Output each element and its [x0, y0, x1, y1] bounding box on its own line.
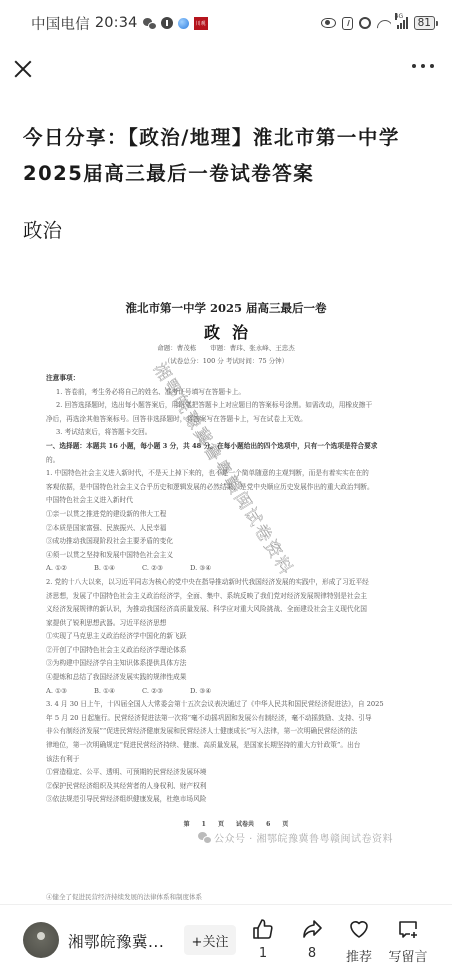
status-right: 4G 81: [321, 16, 438, 30]
share-icon: [300, 917, 324, 941]
alarm-icon: [359, 17, 371, 29]
avatar[interactable]: [23, 922, 59, 958]
choice-a: A. ①③: [46, 685, 94, 699]
choice-d: D. ③④: [190, 562, 238, 576]
nfc-icon: [342, 17, 353, 30]
close-icon[interactable]: [12, 58, 34, 80]
question-line: 3. 4 月 30 日上午，十四届全国人大常委会第十五次会议表决通过了《中华人民…: [46, 698, 410, 712]
notice-item: 净后，再选涂其他答案标号。回答非选择题时，将答案写在答题卡上，写在试卷上无效。: [46, 413, 410, 427]
eye-icon: [321, 18, 336, 28]
question-option: ②开创了中国特色社会主义政治经济学理论体系: [46, 644, 410, 658]
signal-icon: 4G: [397, 17, 408, 29]
choice-c: C. ②③: [142, 562, 190, 576]
share-button[interactable]: 8: [287, 917, 337, 961]
question-option: ②本质是国家富强、民族振兴、人民幸福: [46, 522, 410, 536]
status-left: 中国电信 20:34 川观: [31, 13, 208, 34]
notice-heading: 注意事项：: [46, 372, 410, 386]
question-line: 非公有制经济发展”“促进民营经济健康发展和民营经济人士健康成长”写入法律，第一次…: [46, 725, 410, 739]
section-label: 政治: [23, 215, 62, 243]
question-option: ③为构建中国经济学自主知识体系提供具体方法: [46, 657, 410, 671]
exam-meta: （试卷总分：100 分 考试时间：75 分钟）: [0, 356, 452, 365]
network-type: 4G: [395, 13, 397, 20]
question-option: ①实现了马克思主义政治经济学中国化的新飞跃: [46, 630, 410, 644]
comment-button[interactable]: 写留言: [383, 917, 433, 965]
like-count: 1: [259, 946, 267, 961]
choice-b: B. ①④: [94, 562, 142, 576]
comment-label: 写留言: [388, 946, 427, 965]
article-title: 今日分享：【政治/地理】淮北市第一中学2025届高三最后一卷试卷答案: [23, 120, 433, 192]
media-icon: [161, 17, 173, 29]
question-option: ②保护民营经济组织及其经营者的人身权利、财产权利: [46, 780, 410, 794]
image-credit: 公众号 · 湘鄂皖豫冀鲁粤赣闽试卷资料: [198, 830, 393, 845]
carrier-name: 中国电信: [31, 13, 90, 34]
wechat-icon: [143, 18, 156, 28]
exam-body: 注意事项： 1. 答卷前，考生务必将自己的姓名、准考证号填写在答题卡上。 2. …: [46, 372, 410, 807]
wechat-icon: [198, 832, 211, 843]
answer-choices: A. ①② B. ①④ C. ②③ D. ③④: [46, 562, 410, 576]
heart-icon: [347, 917, 371, 941]
question-line: 该法有利于: [46, 753, 410, 767]
question-option: ①亲一以贯之推进党的建设新的伟大工程: [46, 508, 410, 522]
wifi-icon: [377, 18, 391, 29]
account-name[interactable]: 湘鄂皖豫冀...: [68, 930, 164, 952]
bottom-bar: 湘鄂皖豫冀... +关注 1 8 推荐 写留言: [0, 904, 452, 979]
question-option: ④须一以贯之坚持和发展中国特色社会主义: [46, 549, 410, 563]
battery-icon: 81: [414, 16, 438, 30]
like-button[interactable]: 1: [238, 917, 288, 961]
exam-cut-line: ④健全了促进民营经济持续发展的法律体系和制度体系: [46, 892, 202, 901]
question-line: 济思想，发展了中国特色社会主义政治经济学，全面、集中、系统反映了我们党对经济发展…: [46, 590, 410, 604]
share-count: 8: [308, 946, 316, 961]
answer-choices: A. ①③ B. ①④ C. ②③ D. ③④: [46, 685, 410, 699]
question-line: 2. 党的十八大以来，以习近平同志为核心的党中央在指导推动新时代我国经济发展的实…: [46, 576, 410, 590]
choice-b: B. ①④: [94, 685, 142, 699]
question-option: ③依法规范引导民营经济组织健康发展，杜绝市场风险: [46, 793, 410, 807]
exam-subject: 政治: [0, 320, 452, 343]
exam-paper-image[interactable]: 淮北市第一中学 2025 届高三最后一卷 政治 命题：曹茂栋 审题：曹玮、张永峰…: [0, 262, 452, 902]
nav-bar: [0, 50, 452, 92]
question-line: 义经济发展规律的新认识，为推动我国经济高质量发展、科学应对重大风险挑战、全面建设…: [46, 603, 410, 617]
question-line: 家提供了锐利思想武器。习近平经济思想: [46, 617, 410, 631]
browser-icon: [178, 18, 189, 29]
recommend-button[interactable]: 推荐: [334, 917, 384, 965]
question-line: 年 5 月 20 日起施行。民营经济促进法第一次将“毫不动摇巩固和发展公有制经济…: [46, 712, 410, 726]
exam-authors: 命题：曹茂栋 审题：曹玮、张永峰、王忠杰: [0, 343, 452, 352]
recommend-label: 推荐: [346, 946, 372, 965]
exam-page-footer: 第 1 页 试卷共 6 页: [0, 819, 452, 828]
question-line: 律地位，第一次明确规定“促进民营经济持续、健康、高质量发展，是国家长期坚持的重大…: [46, 739, 410, 753]
question-option: ①营造稳定、公平、透明、可预期的民营经济发展环境: [46, 766, 410, 780]
credit-text: 公众号 · 湘鄂皖豫冀鲁粤赣闽试卷资料: [214, 830, 393, 845]
choice-d: D. ③④: [190, 685, 238, 699]
question-option: ④提炼和总结了我国经济发展实践的规律性成果: [46, 671, 410, 685]
follow-button[interactable]: +关注: [184, 925, 236, 955]
notice-item: 1. 答卷前，考生务必将自己的姓名、准考证号填写在答题卡上。: [46, 386, 410, 400]
question-option: ③成功推动我国现阶段社会主要矛盾的变化: [46, 535, 410, 549]
comment-icon: [396, 917, 420, 941]
notice-item: 3. 考试结束后，将答题卡交回。: [46, 426, 410, 440]
choice-a: A. ①②: [46, 562, 94, 576]
thumbs-up-icon: [251, 917, 275, 941]
status-bar: 中国电信 20:34 川观 4G 81: [0, 0, 452, 46]
battery-level: 81: [414, 16, 435, 30]
exam-school-title: 淮北市第一中学 2025 届高三最后一卷: [0, 300, 452, 316]
notice-item: 2. 回答选择题时，选出每小题答案后，用铅笔把答题卡上对应题目的答案标号涂黑。如…: [46, 399, 410, 413]
clock: 20:34: [95, 15, 138, 31]
news-app-icon: 川观: [194, 17, 208, 30]
more-icon[interactable]: [412, 60, 434, 72]
choice-c: C. ②③: [142, 685, 190, 699]
